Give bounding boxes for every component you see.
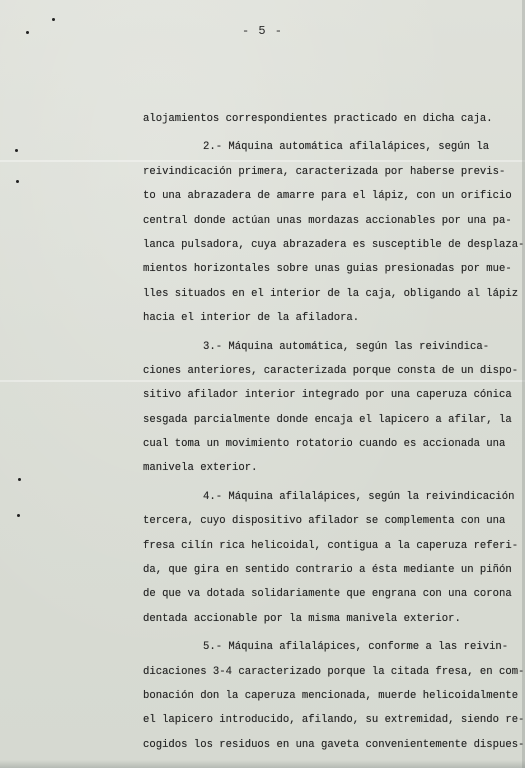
margin-mark	[17, 514, 20, 517]
margin-mark	[52, 18, 55, 21]
text-line: da, que gira en sentido contrario a ésta…	[143, 558, 515, 582]
text-line: dicaciones 3-4 caracterizado porque la c…	[143, 660, 515, 684]
margin-mark	[16, 180, 19, 183]
page-number: - 5 -	[0, 24, 525, 38]
claim-start-line: 3.- Máquina automática, según las reivin…	[143, 335, 515, 359]
typewritten-body: alojamientos correspondientes practicado…	[143, 107, 515, 757]
document-page: - 5 - alojamientos correspondientes prac…	[0, 0, 525, 768]
paper-edge	[0, 760, 525, 768]
text-line: el lapicero introducido, afilando, su ex…	[143, 708, 515, 732]
margin-mark	[15, 149, 18, 152]
text-line: sesgada parcialmente donde encaja el lap…	[143, 408, 515, 432]
text-line: mientos horizontales sobre unas guias pr…	[143, 257, 515, 281]
claim-start-line: 5.- Máquina afilalápices, conforme a las…	[143, 635, 515, 659]
claim-start-line: 4.- Máquina afilalápices, según la reivi…	[143, 485, 515, 509]
text-line: manivela exterior.	[143, 456, 515, 480]
text-line: bonación don la caperuza mencionada, mue…	[143, 684, 515, 708]
text-line: hacia el interior de la afiladora.	[143, 306, 515, 330]
text-line: dentada accionable por la misma manivela…	[143, 607, 515, 631]
text-line: to una abrazadera de amarre para el lápi…	[143, 184, 515, 208]
text-line: cogidos los residuos en una gaveta conve…	[143, 733, 515, 757]
text-line: central donde actúan unas mordazas accio…	[143, 209, 515, 233]
text-line: fresa cilín rica helicoidal, contigua a …	[143, 534, 515, 558]
text-line: cual toma un movimiento rotatorio cuando…	[143, 432, 515, 456]
text-line: tercera, cuyo dispositivo afilador se co…	[143, 509, 515, 533]
text-line: lles situados en el interior de la caja,…	[143, 282, 515, 306]
text-line: reivindicación primera, caracterizada po…	[143, 160, 515, 184]
text-line: sitivo afilador interior integrado por u…	[143, 383, 515, 407]
claim-start-line: 2.- Máquina automática afilalápices, seg…	[143, 135, 515, 159]
margin-mark	[18, 478, 21, 481]
text-line: ciones anteriores, caracterizada porque …	[143, 359, 515, 383]
text-line: de que va dotada solidariamente que engr…	[143, 582, 515, 606]
text-line: alojamientos correspondientes practicado…	[143, 107, 515, 131]
text-line: lanca pulsadora, cuya abrazadera es susc…	[143, 233, 515, 257]
